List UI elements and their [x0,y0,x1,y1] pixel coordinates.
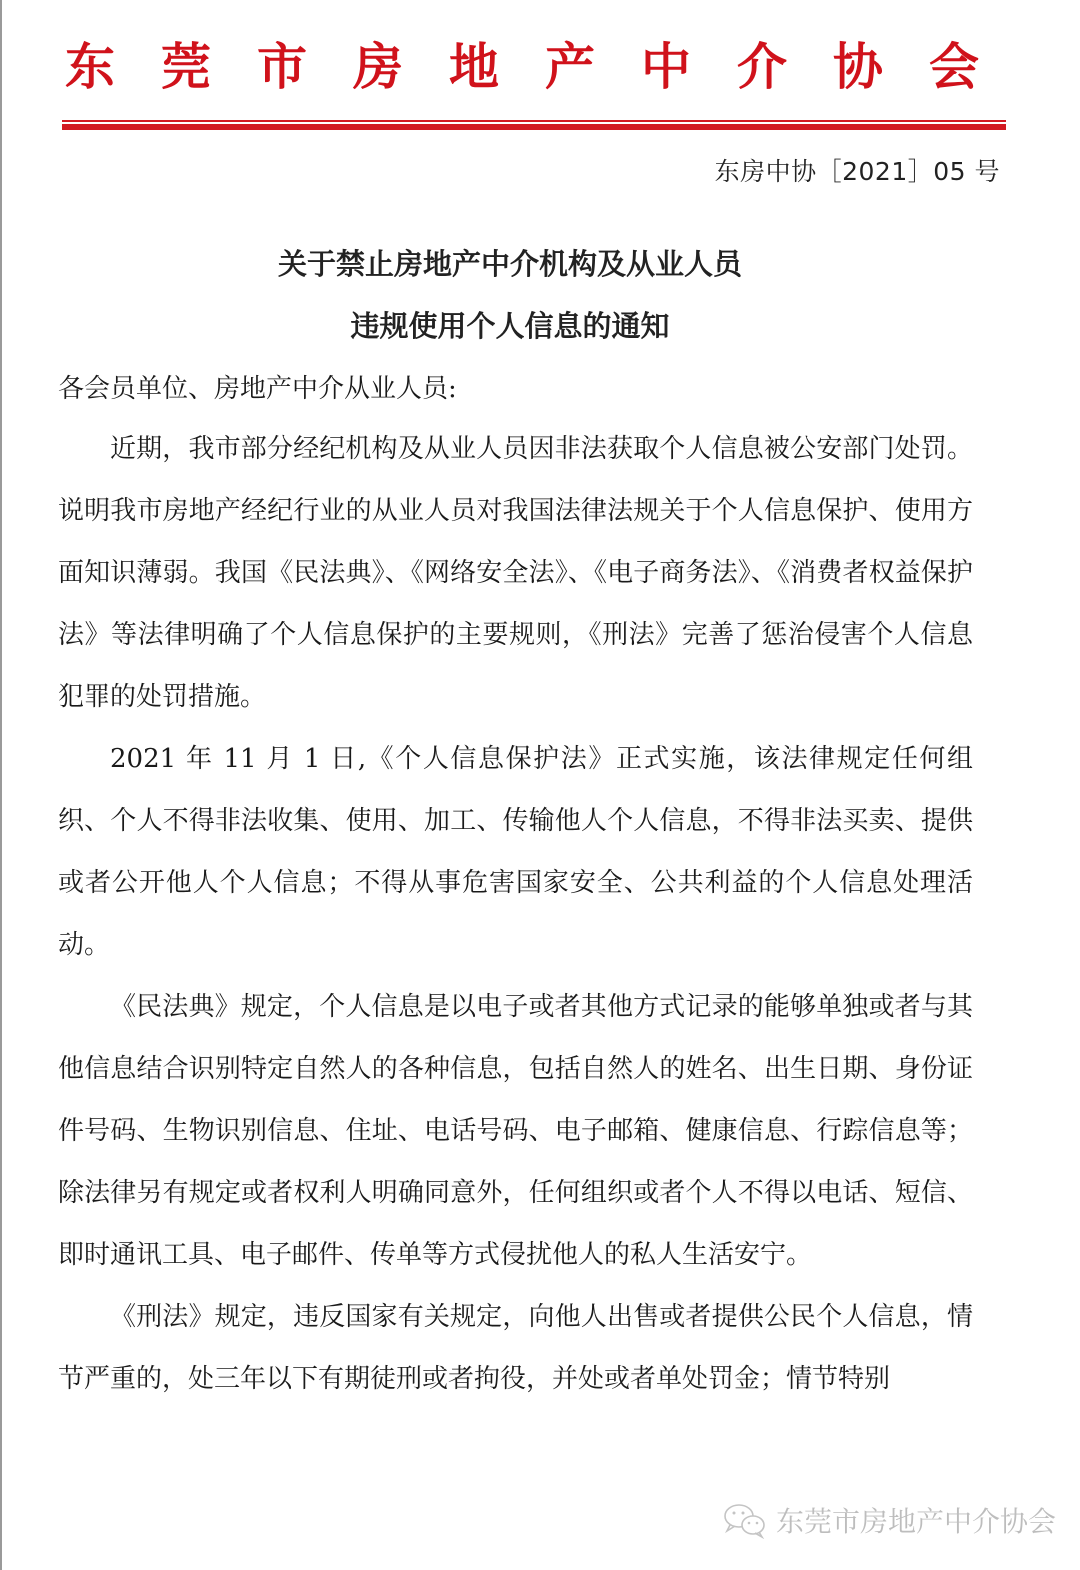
salutation: 各会员单位、房地产中介从业人员: [58,368,457,405]
paragraph: 2021 年 11 月 1 日,《个人信息保护法》正式实施，该法律规定任何组织、… [58,728,973,976]
wechat-icon [722,1501,768,1539]
letterhead-char: 房 [350,27,406,99]
paragraph: 《民法典》规定，个人信息是以电子或者其他方式记录的能够单独或者与其他信息结合识别… [58,976,973,1286]
letterhead-char: 市 [254,27,310,99]
divider-thick-line [62,124,1006,130]
document-body: 近期，我市部分经纪机构及从业人员因非法获取个人信息被公安部门处罚。说明我市房地产… [58,418,973,1410]
letterhead-char: 中 [638,27,694,99]
page-edge [0,0,2,1570]
document-title-line-2: 违规使用个人信息的通知 [0,304,1020,345]
letterhead-char: 会 [926,27,982,99]
letterhead-divider [62,120,1006,129]
paragraph: 《刑法》规定，违反国家有关规定，向他人出售或者提供公民个人信息，情节严重的，处三… [58,1286,973,1410]
letterhead-char: 产 [542,27,598,99]
document-title-line-1: 关于禁止房地产中介机构及从业人员 [0,242,1020,283]
letterhead-title: 东 莞 市 房 地 产 中 介 协 会 [62,28,982,98]
divider-thin-line [62,120,1006,122]
paragraph: 近期，我市部分经纪机构及从业人员因非法获取个人信息被公安部门处罚。说明我市房地产… [58,418,973,728]
watermark-label: 东莞市房地产中介协会 [776,1500,1056,1540]
letterhead-char: 协 [830,27,886,99]
source-watermark: 东莞市房地产中介协会 [722,1500,1056,1540]
document-number: 东房中协［2021］05 号 [715,152,1000,188]
letterhead-char: 东 [62,27,118,99]
letterhead-char: 莞 [158,27,214,99]
letterhead-char: 地 [446,27,502,99]
letterhead-char: 介 [734,27,790,99]
